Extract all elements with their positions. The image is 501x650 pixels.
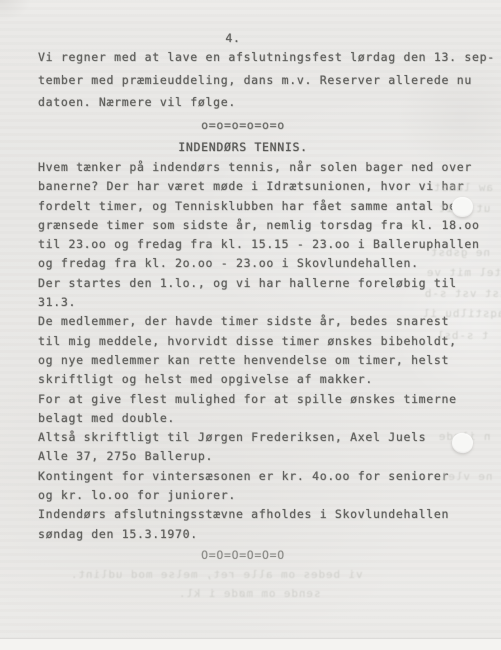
text-line: og kr. lo.oo for juniorer. [38, 486, 478, 505]
text-line: Der startes den 1.lo., og vi har hallern… [38, 274, 478, 293]
intro-paragraph: Vi regner med at lave en afslutningsfest… [38, 46, 468, 114]
punch-hole-top [452, 197, 473, 217]
text-line: Altså skriftligt til Jørgen Frederiksen,… [38, 428, 478, 447]
text-line: Hvem tænker på indendørs tennis, når sol… [38, 158, 478, 177]
text-line: For at give flest mulighed for at spille… [38, 390, 478, 409]
section-heading: INDENDØRS TENNIS. [38, 140, 448, 154]
text-line: De medlemmer, der havde timer sidste år,… [38, 312, 478, 331]
text-line: til 23.oo og fredag fra kl. 15.15 - 23.o… [38, 235, 478, 254]
text-line: grænsede timer som sidste år, nemlig tor… [38, 216, 478, 235]
text-line: og nye medlemmer kan rette henvendelse o… [38, 351, 478, 370]
text-line: og fredag fra kl. 2o.oo - 23.oo i Skovlu… [38, 254, 478, 273]
text-line: tember med præmieuddeling, dans m.v. Res… [38, 69, 468, 92]
text-line: skriftligt og helst med opgivelse af mak… [38, 370, 478, 389]
text-line: Vi regner med at lave en afslutningsfest… [38, 46, 468, 69]
bleedthrough-line: sende om møde i kl. [178, 587, 321, 600]
text-line: Kontingent for vintersæsonen er kr. 4o.o… [38, 467, 478, 486]
scan-corner-smudge [0, 0, 30, 20]
ornament-separator-top: o=o=o=o=o=o [38, 118, 448, 132]
text-line: til mig meddele, hvorvidt disse timer øn… [38, 332, 478, 351]
text-line: Indendørs afslutningsstævne afholdes i S… [38, 505, 478, 524]
scan-bottom-edge [0, 638, 501, 650]
scanned-document-page: 4. Vi regner med at lave en afslutningsf… [0, 0, 501, 650]
text-line: belagt med double. [38, 409, 478, 428]
text-line: 31.3. [38, 293, 478, 312]
page-number: 4. [0, 31, 466, 45]
ornament-separator-bottom: O=O=O=O=O=O [38, 548, 448, 562]
text-line: Alle 37, 275o Ballerup. [38, 447, 478, 466]
text-line: banerne? Der har været møde i Idrætsunio… [38, 177, 478, 196]
text-line: fordelt timer, og Tennisklubben har fået… [38, 197, 478, 216]
text-line: datoen. Nærmere vil følge. [38, 91, 468, 114]
text-line: søndag den 15.3.1970. [38, 525, 478, 544]
body-paragraphs: Hvem tænker på indendørs tennis, når sol… [38, 158, 478, 544]
bleedthrough-line: vi bedes om alle ret, melse mod udlint. [70, 568, 363, 581]
